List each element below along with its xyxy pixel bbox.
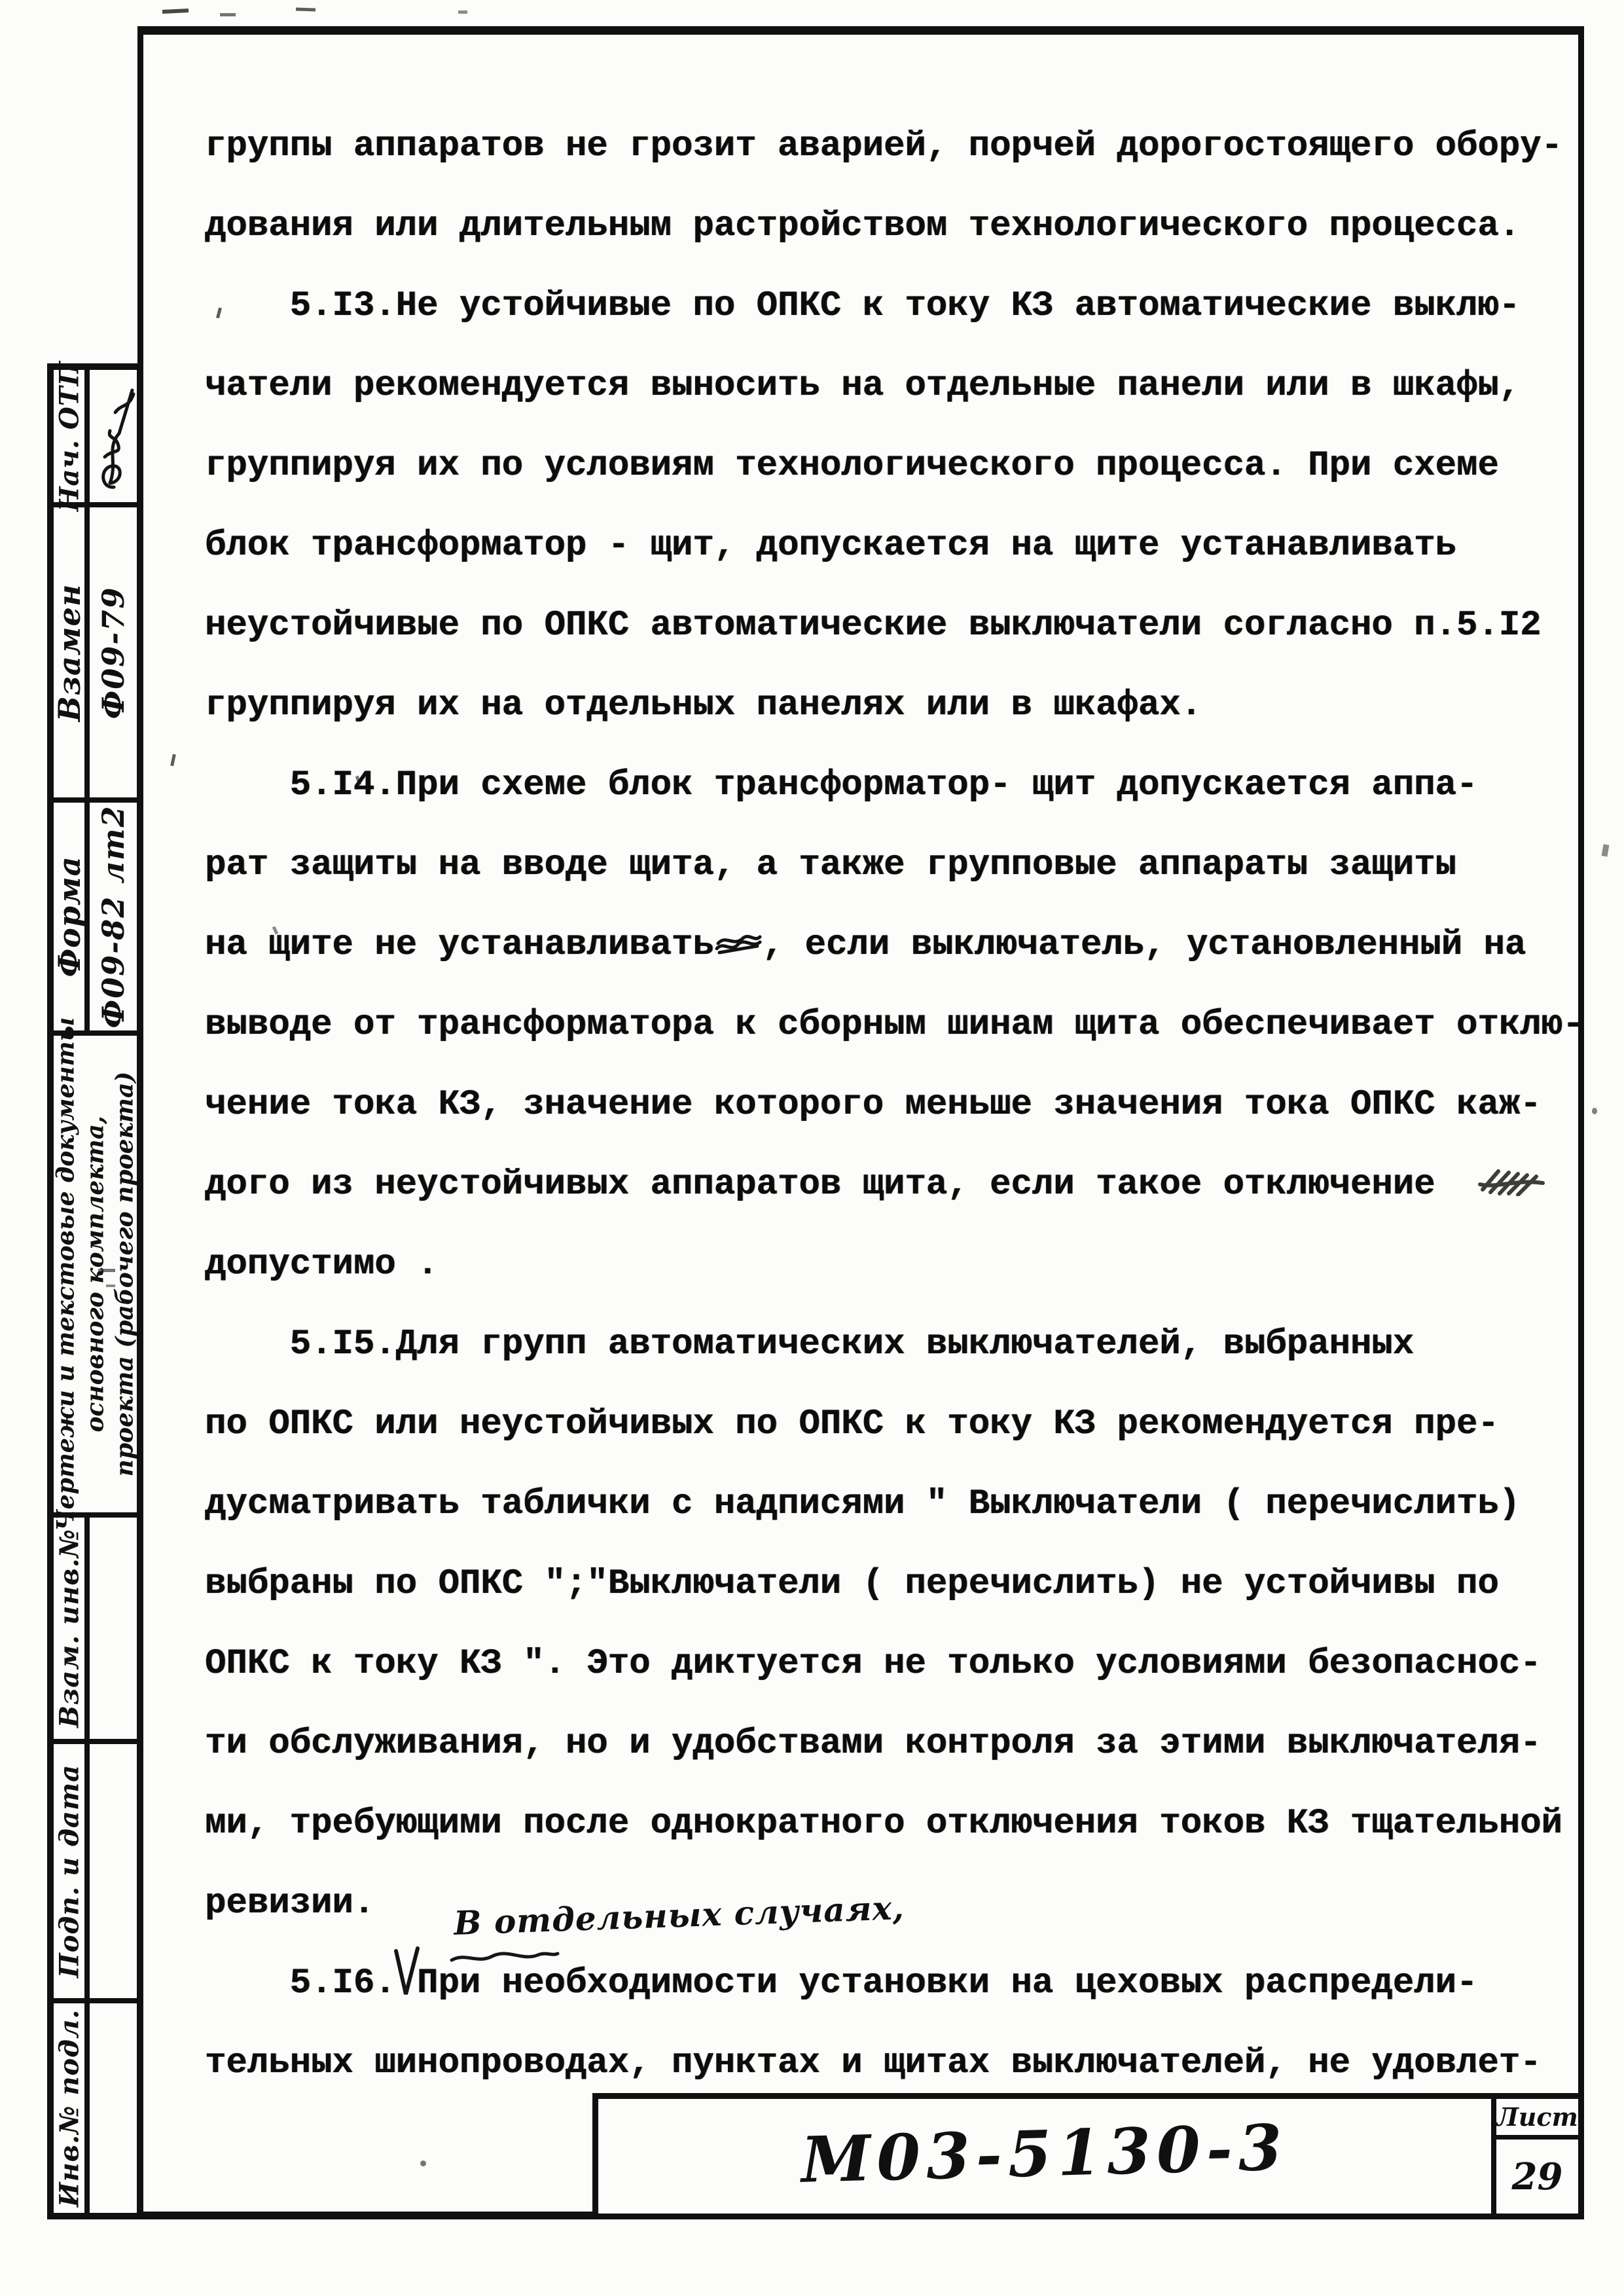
text-line-22-text: ми, требующими после однократного отключ… — [205, 1804, 1562, 1844]
text-line-7: неустойчивые по ОПКС автоматические выкл… — [205, 586, 1619, 666]
stamp-cell-nach-otp: Нач. ОТП — [51, 367, 87, 505]
text-line-12-text: выводе от трансформатора к сборным шинам… — [205, 1005, 1583, 1045]
scan-artifact — [458, 10, 467, 14]
text-line-19: выбраны по ОПКС ";"Выключатели ( перечис… — [205, 1544, 1619, 1624]
stamp-label-inv-podl: Инв.№ подл. — [54, 2009, 84, 2207]
stamp-cell-forma-value: Ф09-82 лт2 — [87, 800, 139, 1033]
stamp-doc-description-line3: проекта (рабочего проекта) — [110, 1017, 139, 1531]
stamp-cell-vzamen: Взамен — [51, 505, 87, 800]
stamp-cell-inv-podl-value — [87, 2001, 139, 2215]
text-line-18-text: дусматривать таблички с надписями " Выкл… — [205, 1484, 1520, 1524]
stamp-cell-vzamen-value: Ф09-79 — [87, 505, 139, 800]
text-line-3: 5.I3.Не устойчивые по ОПКС к току КЗ авт… — [205, 266, 1619, 346]
text-line-21: ти обслуживания, но и удобствами контрол… — [205, 1704, 1619, 1784]
document-number: М03-5130-3 — [801, 2110, 1289, 2196]
text-line-11-post: , если выключатель, установленный на — [763, 925, 1526, 965]
text-line-5-text: группируя их по условиям технологическог… — [205, 446, 1499, 486]
signature-icon — [90, 371, 136, 501]
stamp-label-nach-otp: Нач. ОТП — [54, 361, 84, 512]
typewritten-text-block: группы аппаратов не грозит аварией, порч… — [205, 107, 1619, 2104]
text-line-11: на щите не устанавливать, если выключате… — [205, 905, 1619, 985]
text-line-13-text: чение тока КЗ, значение которого меньше … — [205, 1085, 1542, 1125]
stamp-cell-forma: Форма — [51, 800, 87, 1033]
text-line-17-text: по ОПКС или неустойчивых по ОПКС к току … — [205, 1404, 1499, 1444]
text-line-2-text: дования или длительным растройством техн… — [205, 206, 1520, 246]
text-line-8: группируя их на отдельных панелях или в … — [205, 666, 1619, 746]
text-line-4-text: чатели рекомендуется выносить на отдельн… — [205, 366, 1520, 406]
text-line-17: по ОПКС или неустойчивых по ОПКС к току … — [205, 1385, 1619, 1465]
text-line-21-text: ти обслуживания, но и удобствами контрол… — [205, 1724, 1542, 1764]
text-line-8-text: группируя их на отдельных панелях или в … — [205, 685, 1202, 725]
scan-artifact — [1473, 2069, 1477, 2073]
text-line-9: 5.I4.При схеме блок трансформатор- щит д… — [205, 746, 1619, 826]
strikeout-scribble-icon — [714, 928, 763, 957]
text-line-23-text: ревизии. — [205, 1884, 374, 1923]
text-line-23: ревизии. — [205, 1864, 1619, 1944]
text-line-1: группы аппаратов не грозит аварией, порч… — [205, 107, 1619, 187]
text-line-12: выводе от трансформатора к сборным шинам… — [205, 985, 1619, 1065]
scan-artifact — [106, 1285, 115, 1287]
text-line-4: чатели рекомендуется выносить на отдельн… — [205, 346, 1619, 426]
text-line-15: допустимо . — [205, 1225, 1619, 1305]
text-line-6-text: блок трансформатор - щит, допускается на… — [205, 526, 1456, 566]
sheet-label: Лист — [1496, 2099, 1578, 2140]
text-line-22: ми, требующими после однократного отключ… — [205, 1784, 1619, 1864]
text-line-25: тельных шинопроводах, пунктах и щитах вы… — [205, 2024, 1619, 2104]
stamp-value-forma: Ф09-82 лт2 — [96, 805, 131, 1028]
text-line-14-text: дого из неустойчивых аппаратов щита, есл… — [205, 1165, 1435, 1205]
text-line-18: дусматривать таблички с надписями " Выкл… — [205, 1465, 1619, 1544]
text-line-9-text: 5.I4.При схеме блок трансформатор- щит д… — [205, 765, 1477, 805]
sheet-cells: Лист 29 — [1491, 2099, 1578, 2214]
strikeout-scribble-icon — [1477, 1165, 1545, 1196]
text-line-16: 5.I5.Для групп автоматических выключател… — [205, 1305, 1619, 1385]
scan-artifact — [420, 2160, 426, 2166]
text-line-15-text: допустимо . — [205, 1245, 438, 1285]
stamp-cell-vzam-inv-value — [87, 1515, 139, 1741]
insertion-caret-icon — [391, 1946, 422, 1999]
scan-artifact — [1592, 1108, 1597, 1114]
text-line-19-text: выбраны по ОПКС ";"Выключатели ( перечис… — [205, 1564, 1499, 1604]
stamp-label-vzamen: Взамен — [52, 583, 87, 721]
scan-artifact — [220, 13, 236, 16]
text-line-14: дого из неустойчивых аппаратов щита, есл… — [205, 1145, 1619, 1225]
insertion-underline-icon — [449, 1950, 560, 1965]
text-line-20-text: ОПКС к току КЗ ". Это диктуется не тольк… — [205, 1644, 1542, 1684]
stamp-cell-podp-data: Подп. и дата — [51, 1741, 87, 2001]
text-line-5: группируя их по условиям технологическог… — [205, 426, 1619, 506]
stamp-label-podp-data: Подп. и дата — [54, 1764, 84, 1978]
text-line-7-text: неустойчивые по ОПКС автоматические выкл… — [205, 606, 1542, 646]
scan-artifact — [98, 1269, 115, 1272]
sheet-number: 29 — [1496, 2140, 1578, 2214]
text-line-3-text: 5.I3.Не устойчивые по ОПКС к току КЗ авт… — [205, 286, 1520, 326]
scanned-document-page: группы аппаратов не грозит аварией, порч… — [0, 0, 1624, 2296]
text-line-25-text: тельных шинопроводах, пунктах и щитах вы… — [205, 2043, 1542, 2083]
drawing-stamp-sidebar: Нач. ОТП Взамен Ф09-79 Форма Ф09-82 л — [47, 363, 143, 2219]
title-block: М03-5130-3 Лист 29 — [592, 2093, 1584, 2219]
stamp-cell-doc-description: Чертежи и текстовые документы основного … — [51, 1033, 139, 1515]
text-line-6: блок трансформатор - щит, допускается на… — [205, 506, 1619, 586]
stamp-doc-description-line2: основного комплекта, — [81, 1017, 110, 1531]
scan-artifact — [296, 7, 316, 11]
stamp-value-vzamen: Ф09-79 — [96, 586, 131, 719]
text-line-10-text: рат защиты на вводе щита, а также группо… — [205, 845, 1456, 885]
stamp-cell-signature — [87, 367, 139, 505]
stamp-doc-description-text: Чертежи и текстовые документы основного … — [51, 1017, 139, 1531]
text-line-20: ОПКС к току КЗ ". Это диктуется не тольк… — [205, 1624, 1619, 1704]
stamp-cell-podp-data-value — [87, 1741, 139, 2001]
stamp-label-forma: Форма — [52, 856, 87, 977]
stamp-cell-inv-podl: Инв.№ подл. — [51, 2001, 87, 2215]
stamp-cell-vzam-inv: Взам. инв.№ — [51, 1515, 87, 1741]
text-line-16-text: 5.I5.Для групп автоматических выключател… — [205, 1324, 1414, 1364]
text-line-10: рат защиты на вводе щита, а также группо… — [205, 826, 1619, 905]
stamp-doc-description-line1: Чертежи и текстовые документы — [51, 1017, 81, 1531]
stamp-label-vzam-inv: Взам. инв.№ — [54, 1529, 84, 1728]
document-number-cell: М03-5130-3 — [598, 2099, 1491, 2214]
text-line-13: чение тока КЗ, значение которого меньше … — [205, 1065, 1619, 1145]
text-line-1-text: группы аппаратов не грозит аварией, порч… — [205, 126, 1562, 166]
text-line-11-pre: на щите не устанавливать — [205, 925, 714, 965]
scan-artifact — [162, 9, 189, 14]
text-line-2: дования или длительным растройством техн… — [205, 187, 1619, 266]
